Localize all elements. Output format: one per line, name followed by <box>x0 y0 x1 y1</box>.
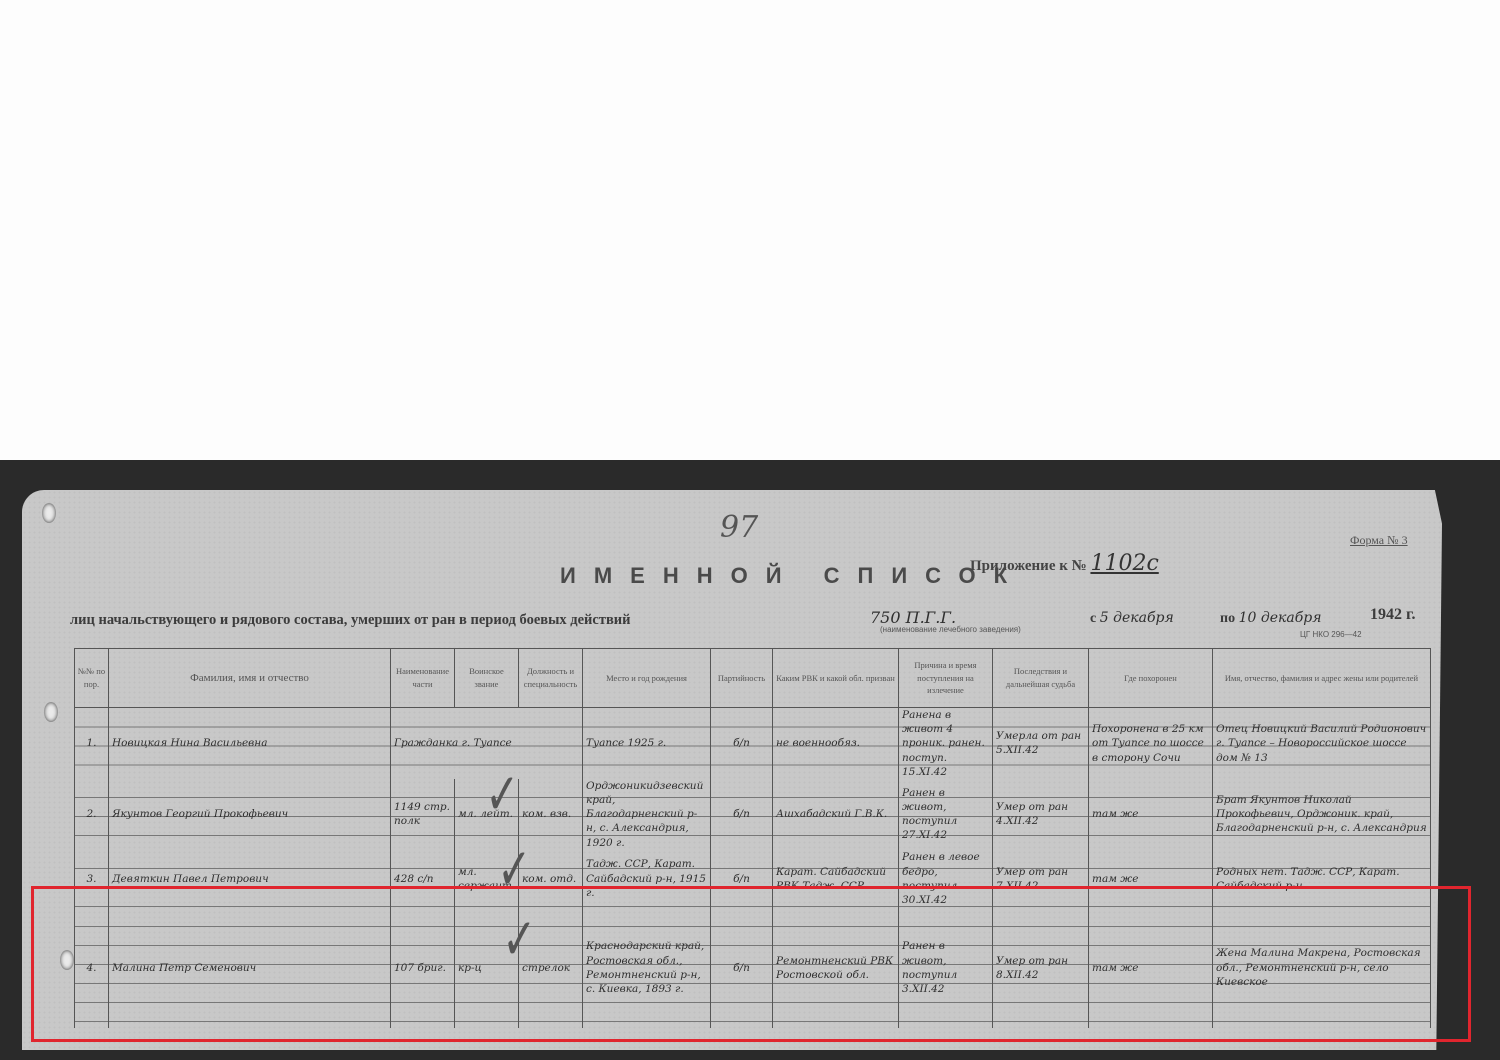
cell-unit: 1149 стр. полк <box>391 779 455 850</box>
col-header: №№ по пор. <box>75 649 109 708</box>
cell-cause: Ранен в живот, поступил 27.XI.42 <box>899 779 993 850</box>
table-row: 2. Якунтов Георгий Прокофьевич 1149 стр.… <box>75 779 1431 850</box>
highlight-box <box>31 886 1471 1042</box>
cell-no: 2. <box>75 779 109 850</box>
cell-birth: Туапсе 1925 г. <box>583 708 711 779</box>
cell-no: 1. <box>75 708 109 779</box>
unit-caption: (наименование лечебного заведения) <box>880 625 1021 634</box>
cell-cause: Ранена в живот 4 проник. ранен. поступ. … <box>899 708 993 779</box>
date-to-value: 10 декабря <box>1239 610 1322 626</box>
print-code: ЦГ НКО 296—42 <box>1300 630 1362 639</box>
archive-mark: 97 <box>720 510 758 545</box>
punch-hole <box>44 702 58 722</box>
col-header: Место и год рождения <box>583 649 711 708</box>
document-year: 1942 г. <box>1370 606 1415 624</box>
checkmark-icon: ✓ <box>485 760 519 828</box>
cell-outcome: Умерла от ран 5.XII.42 <box>993 708 1089 779</box>
document-title: ИМЕННОЙ СПИСОК <box>560 563 1025 589</box>
col-header: Причина и время поступления на излечение <box>899 649 993 708</box>
cell-draft: не военнообяз. <box>773 708 899 779</box>
table-row: 1. Новицкая Нина Васильевна Гражданка г.… <box>75 708 1431 779</box>
col-header: Партийность <box>711 649 773 708</box>
col-header: Фамилия, имя и отчество <box>109 649 391 708</box>
appendix-reference: Приложение к № 1102с <box>970 551 1159 576</box>
col-header: Наименование части <box>391 649 455 708</box>
cell-draft: Ашхабадский Г.В.К. <box>773 779 899 850</box>
date-from-value: 5 декабря <box>1100 610 1174 626</box>
col-header: Каким РВК и какой обл. призван <box>773 649 899 708</box>
date-from: с 5 декабря <box>1090 610 1174 627</box>
date-to: по 10 декабря <box>1220 610 1321 627</box>
cell-party: б/п <box>711 779 773 850</box>
cell-outcome: Умер от ран 4.XII.42 <box>993 779 1089 850</box>
cell-relatives: Отец Новицкий Василий Родионович г. Туап… <box>1213 708 1431 779</box>
cell-name: Новицкая Нина Васильевна <box>109 708 391 779</box>
form-number: Форма № 3 <box>1350 533 1408 548</box>
cell-name: Якунтов Георгий Прокофьевич <box>109 779 391 850</box>
col-header: Должность и специальность <box>519 649 583 708</box>
cell-relatives: Брат Якунтов Николай Прокофьевич, Орджон… <box>1213 779 1431 850</box>
table-header-row: №№ по пор. Фамилия, имя и отчество Наиме… <box>75 649 1431 708</box>
punch-hole <box>42 503 56 523</box>
col-header: Воинское звание <box>455 649 519 708</box>
appendix-number: 1102с <box>1090 551 1158 576</box>
col-header: Имя, отчество, фамилия и адрес жены или … <box>1213 649 1431 708</box>
cell-burial: там же <box>1089 779 1213 850</box>
col-header: Последствия и дальнейшая судьба <box>993 649 1089 708</box>
cell-burial: Похоронена в 25 км от Туапсе по шоссе в … <box>1089 708 1213 779</box>
appendix-label: Приложение к № <box>970 558 1087 574</box>
document-subtitle: лиц начальствующего и рядового состава, … <box>70 612 631 629</box>
col-header: Где похоронен <box>1089 649 1213 708</box>
cell-party: б/п <box>711 708 773 779</box>
cell-birth: Орджоникидзевский край, Благодарненский … <box>583 779 711 850</box>
